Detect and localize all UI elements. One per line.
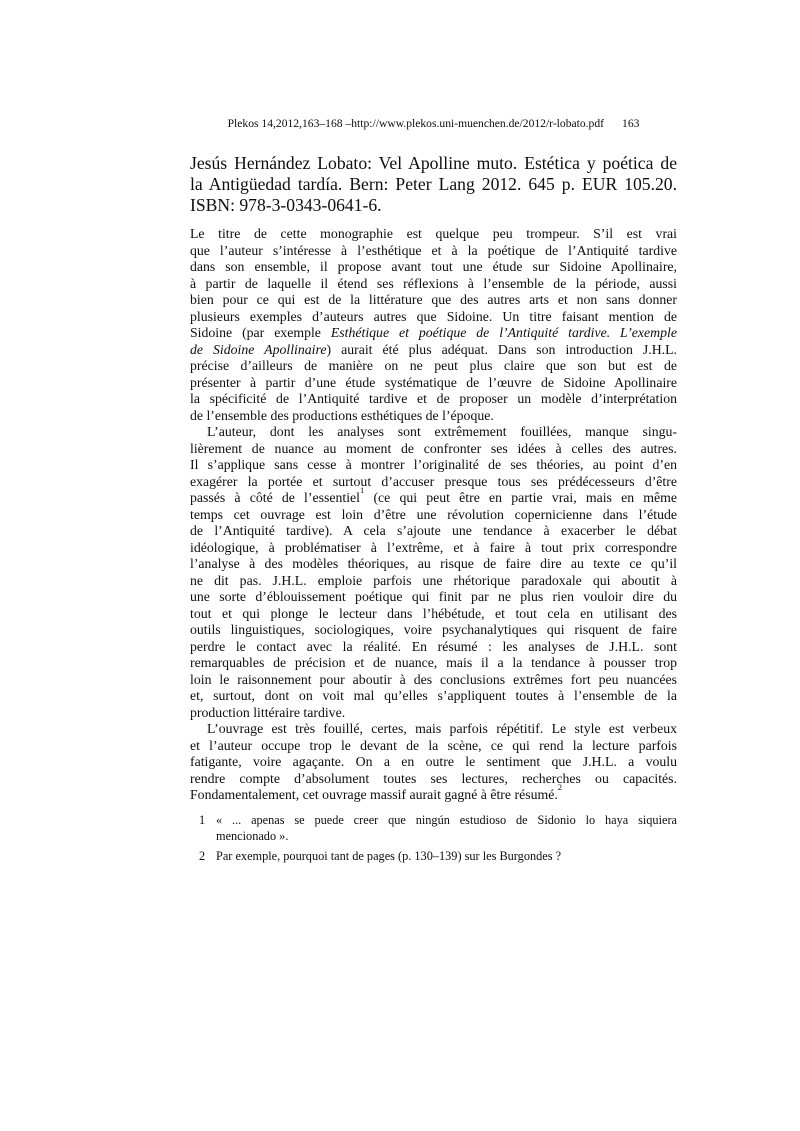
title-line: ISBN: 978-3-0343-0641-6.	[190, 195, 677, 216]
text-line: et, surtout, dont on voit mal qu’elles s…	[190, 688, 677, 705]
body-paragraph: L’auteur, dont les analyses sont extrême…	[190, 424, 677, 721]
text-run: Il s’applique sans cesse à montrer l’ori…	[190, 457, 677, 472]
footnote-marker: 1	[199, 812, 205, 828]
footnote-reference: 2	[558, 782, 562, 792]
text-run: et, surtout, dont on voit mal qu’elles s…	[190, 688, 677, 703]
text-line: à partir de laquelle il étend ses réflex…	[190, 276, 677, 293]
text-run: outils linguistiques, sociologiques, voi…	[190, 622, 677, 637]
text-run: rendre compte d’absolument toutes ses le…	[190, 771, 677, 786]
text-line: exagérer la portée et surtout d’accuser …	[190, 474, 677, 491]
text-line: la spécificité de l’Antiquité tardive et…	[190, 391, 677, 408]
text-run: L’auteur, dont les analyses sont extrême…	[207, 424, 677, 439]
footnote-item: 2Par exemple, pourquoi tant de pages (p.…	[190, 848, 677, 864]
text-run: « ... apenas se puede creer que ningún e…	[216, 813, 677, 827]
text-run: de l’Antiquité tardive). A cela s’ajoute…	[190, 523, 677, 538]
footnote-line: mencionado ».	[216, 828, 677, 844]
text-line: Il s’applique sans cesse à montrer l’ori…	[190, 457, 677, 474]
text-run: remarquables de précision et de nuance, …	[190, 655, 677, 670]
text-run: passés à côté de l’essentiel	[190, 490, 360, 505]
body-paragraph: L’ouvrage est très fouillé, certes, mais…	[190, 721, 677, 804]
text-line: fatigante, voire agaçante. On a en outre…	[190, 754, 677, 771]
text-line: et l’auteur occupe trop le devant de la …	[190, 738, 677, 755]
text-column: Plekos 14,2012,163–168 –http://www.pleko…	[190, 0, 677, 868]
article-title: Jesús Hernández Lobato: Vel Apolline mut…	[190, 153, 677, 216]
text-run: exagérer la portée et surtout d’accuser …	[190, 474, 677, 489]
italic-text: de Sidoine Apollinaire	[190, 342, 327, 357]
text-line: de l’ensemble des productions esthétique…	[190, 408, 677, 425]
page-number: 163	[622, 117, 639, 130]
text-line: l’analyse à des modèles théoriques, au r…	[190, 556, 677, 573]
text-line: ne dit pas. J.H.L. emploie parfois une r…	[190, 573, 677, 590]
text-run: perdre le contact avec la réalité. En ré…	[190, 639, 677, 654]
text-line: remarquables de précision et de nuance, …	[190, 655, 677, 672]
text-run: ne dit pas. J.H.L. emploie parfois une r…	[190, 573, 677, 588]
text-line: une sorte d’éblouissement poétique qui f…	[190, 589, 677, 606]
text-run: Jesús Hernández Lobato: Vel Apolline mut…	[190, 153, 677, 173]
footnotes: 1« ... apenas se puede creer que ningún …	[190, 812, 677, 864]
text-run: à partir de laquelle il étend ses réflex…	[190, 276, 677, 291]
text-run: Par exemple, pourquoi tant de pages (p. …	[216, 849, 561, 863]
text-line: tout et qui plonge le lecteur dans l’héb…	[190, 606, 677, 623]
text-run: l’analyse à des modèles théoriques, au r…	[190, 556, 677, 571]
text-line: idéologique, à problématiser à l’extrême…	[190, 540, 677, 557]
italic-text: Esthétique et poétique de l’Antiquité ta…	[331, 325, 677, 340]
text-run: production littéraire tardive.	[190, 705, 345, 720]
text-line: que l’auteur s’intéresse à l’esthétique …	[190, 243, 677, 260]
text-run: ISBN: 978-3-0343-0641-6.	[190, 195, 382, 215]
text-run: Le titre de cette monographie est quelqu…	[190, 226, 677, 241]
text-line: temps cet ouvrage est loin d’être une ré…	[190, 507, 677, 524]
text-line: lièrement de nuance au moment de confron…	[190, 441, 677, 458]
text-line: Le titre de cette monographie est quelqu…	[190, 226, 677, 243]
text-line: passés à côté de l’essentiel1 (ce qui pe…	[190, 490, 677, 507]
text-run: une sorte d’éblouissement poétique qui f…	[190, 589, 677, 604]
footnote-line: « ... apenas se puede creer que ningún e…	[216, 812, 677, 828]
running-title: Plekos 14,2012,163–168 –http://www.pleko…	[228, 117, 604, 130]
text-line: de Sidoine Apollinaire) aurait été plus …	[190, 342, 677, 359]
text-line: Sidoine (par exemple Esthétique et poéti…	[190, 325, 677, 342]
text-run: bien pour ce qui est de la littérature q…	[190, 292, 677, 307]
text-run: et l’auteur occupe trop le devant de la …	[190, 738, 677, 753]
text-line: production littéraire tardive.	[190, 705, 677, 722]
text-run: mencionado ».	[216, 829, 288, 843]
text-run: de l’ensemble des productions esthétique…	[190, 408, 494, 423]
text-line: L’auteur, dont les analyses sont extrême…	[190, 424, 677, 441]
text-run: présenter à partir d’une étude systémati…	[190, 375, 677, 390]
text-run: loin le raisonnement pour aboutir à des …	[190, 672, 677, 687]
title-line: Jesús Hernández Lobato: Vel Apolline mut…	[190, 153, 677, 174]
body-paragraph: Le titre de cette monographie est quelqu…	[190, 226, 677, 424]
text-line: plusieurs exemples d’auteurs autres que …	[190, 309, 677, 326]
text-run: dans son ensemble, il propose avant tout…	[190, 259, 677, 274]
body-text: Le titre de cette monographie est quelqu…	[190, 226, 677, 804]
footnote-line: Par exemple, pourquoi tant de pages (p. …	[216, 848, 677, 864]
text-run: idéologique, à problématiser à l’extrême…	[190, 540, 677, 555]
text-line: de l’Antiquité tardive). A cela s’ajoute…	[190, 523, 677, 540]
text-run: ) aurait été plus adéquat. Dans son intr…	[327, 342, 678, 357]
text-run: lièrement de nuance au moment de confron…	[190, 441, 677, 456]
text-line: dans son ensemble, il propose avant tout…	[190, 259, 677, 276]
text-line: présenter à partir d’une étude systémati…	[190, 375, 677, 392]
text-run: que l’auteur s’intéresse à l’esthétique …	[190, 243, 677, 258]
text-run: plusieurs exemples d’auteurs autres que …	[190, 309, 677, 324]
text-run: temps cet ouvrage est loin d’être une ré…	[190, 507, 677, 522]
title-line: la Antigüedad tardía. Bern: Peter Lang 2…	[190, 174, 677, 195]
text-line: bien pour ce qui est de la littérature q…	[190, 292, 677, 309]
footnote-item: 1« ... apenas se puede creer que ningún …	[190, 812, 677, 844]
text-run: L’ouvrage est très fouillé, certes, mais…	[207, 721, 677, 736]
text-run: Fondamentalement, cet ouvrage massif aur…	[190, 787, 558, 802]
footnote-marker: 2	[199, 848, 205, 864]
text-line: rendre compte d’absolument toutes ses le…	[190, 771, 677, 788]
text-run: (ce qui peut être en partie vrai, mais e…	[364, 490, 677, 505]
text-line: précise d’ailleurs de manière on ne peut…	[190, 358, 677, 375]
text-line: outils linguistiques, sociologiques, voi…	[190, 622, 677, 639]
running-header: Plekos 14,2012,163–168 –http://www.pleko…	[190, 0, 677, 131]
document-page: Plekos 14,2012,163–168 –http://www.pleko…	[0, 0, 800, 1131]
text-run: Sidoine (par exemple	[190, 325, 331, 340]
footnote-reference: 1	[360, 485, 364, 495]
text-run: précise d’ailleurs de manière on ne peut…	[190, 358, 677, 373]
text-line: Fondamentalement, cet ouvrage massif aur…	[190, 787, 677, 804]
text-line: perdre le contact avec la réalité. En ré…	[190, 639, 677, 656]
text-run: la spécificité de l’Antiquité tardive et…	[190, 391, 677, 406]
text-run: tout et qui plonge le lecteur dans l’héb…	[190, 606, 677, 621]
text-run: fatigante, voire agaçante. On a en outre…	[190, 754, 677, 769]
text-run: la Antigüedad tardía. Bern: Peter Lang 2…	[190, 174, 677, 194]
text-line: L’ouvrage est très fouillé, certes, mais…	[190, 721, 677, 738]
text-line: loin le raisonnement pour aboutir à des …	[190, 672, 677, 689]
